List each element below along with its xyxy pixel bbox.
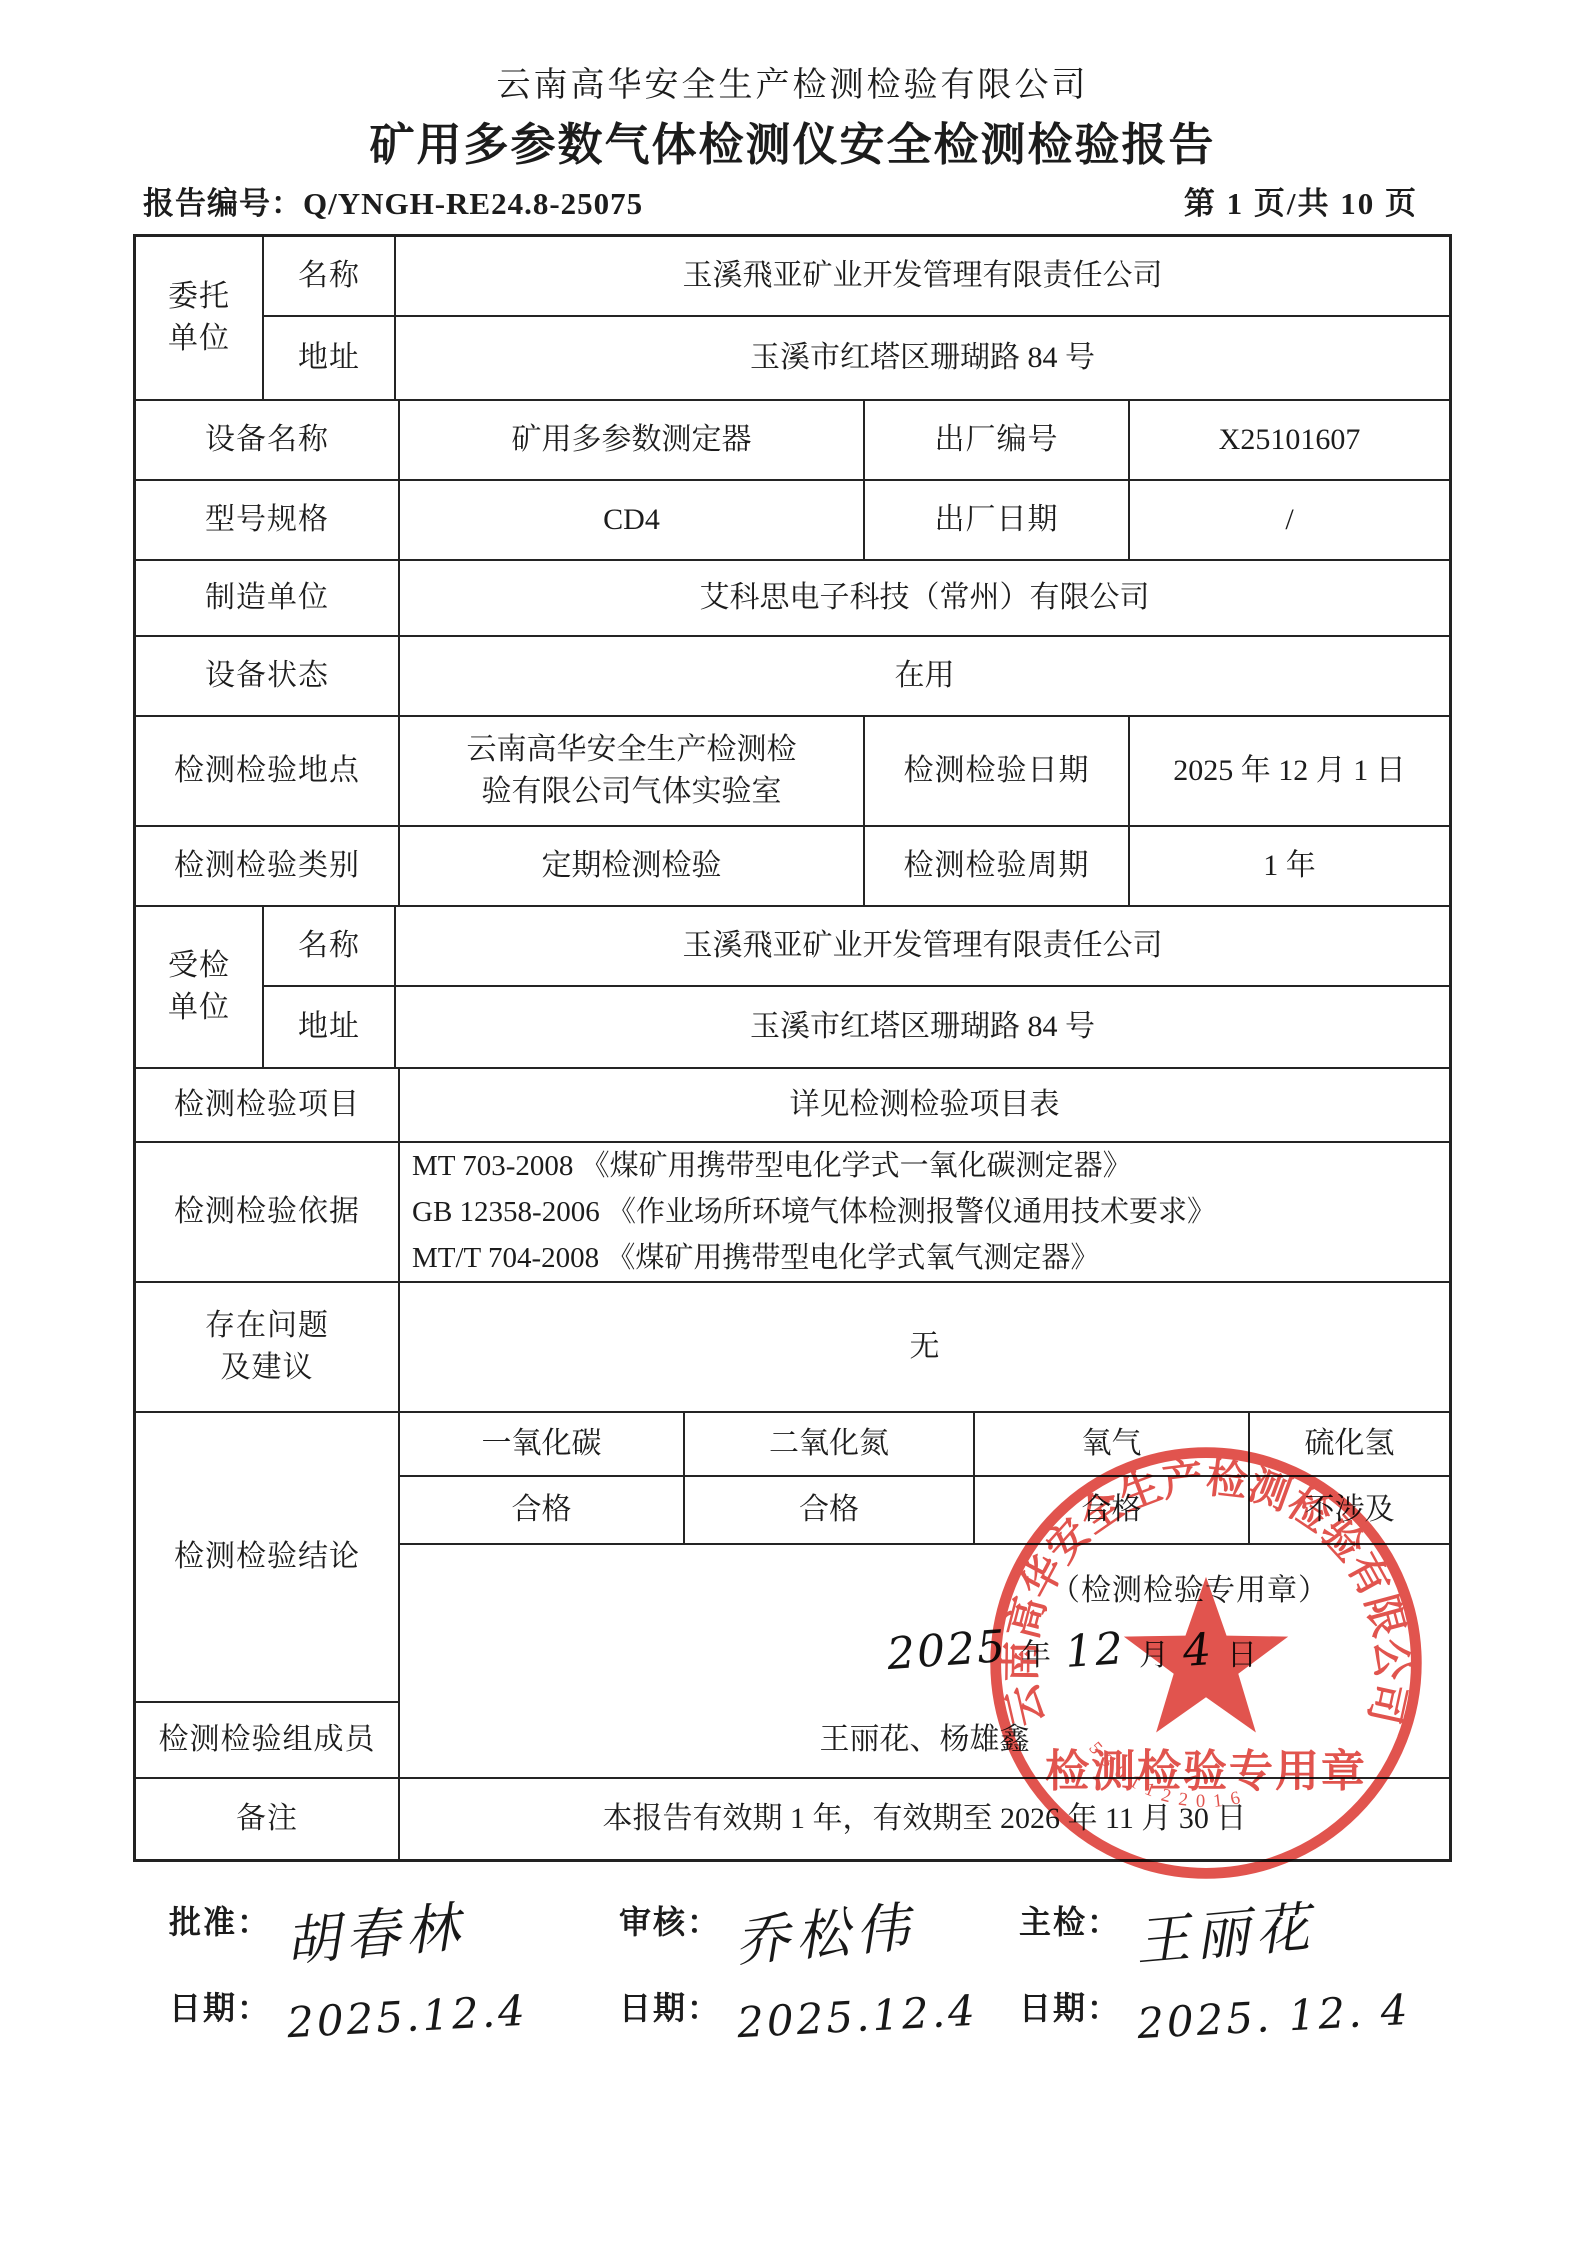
approve-date: 2025.12.4 — [286, 1986, 529, 2048]
report-title: 矿用多参数气体检测仪安全检测检验报告 — [133, 112, 1452, 178]
value-cycle: 1 年 — [1130, 827, 1449, 907]
row-inspected-address: 地址 玉溪市红塔区珊瑚路 84 号 — [264, 987, 1449, 1069]
label-conclusion: 检测检验结论 — [136, 1413, 400, 1703]
row-gas-names: 一氧化碳 二氧化氮 氧气 硫化氢 — [400, 1413, 1449, 1477]
label-status: 设备状态 — [136, 637, 400, 717]
row-conclusion: 检测检验结论 一氧化碳 二氧化氮 氧气 硫化氢 合格 合格 合格 不涉及 — [136, 1413, 1449, 1703]
row-remark: 备注 本报告有效期 1 年，有效期至 2026 年 11 月 30 日 — [136, 1779, 1449, 1859]
row-client: 委托 单位 名称 玉溪飛亚矿业开发管理有限责任公司 地址 玉溪市红塔区珊瑚路 8… — [136, 237, 1449, 401]
seal-date-year: 2025 — [885, 1621, 1008, 1680]
report-header: 云南高华安全生产检测检验有限公司 矿用多参数气体检测仪安全检测检验报告 — [133, 0, 1452, 178]
basis-line-1: MT 703-2008 《煤矿用携带型电化学式一氧化碳测定器》 — [412, 1143, 1132, 1189]
row-category: 检测检验类别 定期检测检验 检测检验周期 1 年 — [136, 827, 1449, 907]
value-factory-serial: X25101607 — [1130, 401, 1449, 481]
value-status: 在用 — [400, 637, 1449, 717]
value-location: 云南高华安全生产检测检 验有限公司气体实验室 — [400, 717, 865, 827]
gas-col-h2s: 硫化氢 — [1250, 1413, 1449, 1477]
label-basis: 检测检验依据 — [136, 1143, 400, 1283]
review-signature: 乔松伟 — [732, 1884, 918, 1976]
row-problems: 存在问题 及建议 无 — [136, 1283, 1449, 1413]
report-table: 委托 单位 名称 玉溪飛亚矿业开发管理有限责任公司 地址 玉溪市红塔区珊瑚路 8… — [133, 234, 1452, 1862]
report-number: 报告编号：Q/YNGH-RE24.8-25075 — [133, 178, 643, 230]
value-manufacturer: 艾科思电子科技（常州）有限公司 — [400, 561, 1449, 637]
row-location: 检测检验地点 云南高华安全生产检测检 验有限公司气体实验室 检测检验日期 202… — [136, 717, 1449, 827]
label-factory-date: 出厂日期 — [865, 481, 1130, 561]
row-model: 型号规格 CD4 出厂日期 / — [136, 481, 1449, 561]
value-basis: MT 703-2008 《煤矿用携带型电化学式一氧化碳测定器》 GB 12358… — [400, 1143, 1449, 1283]
gas-col-co: 一氧化碳 — [400, 1413, 685, 1477]
value-remark: 本报告有效期 1 年，有效期至 2026 年 11 月 30 日 — [400, 1779, 1449, 1859]
row-client-address: 地址 玉溪市红塔区珊瑚路 84 号 — [264, 317, 1449, 401]
row-basis: 检测检验依据 MT 703-2008 《煤矿用携带型电化学式一氧化碳测定器》 G… — [136, 1143, 1449, 1283]
gas-result-o2: 合格 — [975, 1477, 1250, 1545]
row-inspected-name: 名称 玉溪飛亚矿业开发管理有限责任公司 — [264, 907, 1449, 987]
label-inspected-address: 地址 — [264, 987, 396, 1069]
chief-signature: 王丽花 — [1132, 1884, 1318, 1976]
label-problems: 存在问题 及建议 — [136, 1283, 400, 1413]
conclusion-stamp-area: （检测检验专用章） 2025年12月4日 — [400, 1545, 1449, 1703]
row-client-name: 名称 玉溪飛亚矿业开发管理有限责任公司 — [264, 237, 1449, 317]
label-cycle: 检测检验周期 — [865, 827, 1130, 907]
review-label: 审核： — [619, 1892, 721, 1952]
label-inspection-date: 检测检验日期 — [865, 717, 1130, 827]
label-location: 检测检验地点 — [136, 717, 400, 827]
label-factory-serial: 出厂编号 — [865, 401, 1130, 481]
row-manufacturer: 制造单位 艾科思电子科技（常州）有限公司 — [136, 561, 1449, 637]
label-inspected-name: 名称 — [264, 907, 396, 987]
page-indicator: 第 1 页/共 10 页 — [1184, 178, 1452, 230]
value-team: 王丽花、杨雄鑫 — [400, 1703, 1449, 1779]
signoff-block: 批准： 胡春林 日期： 2025.12.4 审核： 乔松伟 日期： 2025.1… — [133, 1892, 1452, 2064]
signoff-review: 审核： 乔松伟 日期： 2025.12.4 — [619, 1892, 1019, 2064]
report-number-value: Q/YNGH-RE24.8-25075 — [303, 186, 643, 221]
company-name: 云南高华安全生产检测检验有限公司 — [133, 60, 1452, 112]
value-client-address: 玉溪市红塔区珊瑚路 84 号 — [396, 317, 1449, 401]
seal-date-day: 4 — [1181, 1624, 1214, 1677]
gas-result-h2s: 不涉及 — [1250, 1477, 1449, 1545]
value-client-name: 玉溪飛亚矿业开发管理有限责任公司 — [396, 237, 1449, 317]
row-items: 检测检验项目 详见检测检验项目表 — [136, 1069, 1449, 1143]
label-client-address: 地址 — [264, 317, 396, 401]
chief-date: 2025. 12. 4 — [1136, 1985, 1412, 2048]
value-inspected-address: 玉溪市红塔区珊瑚路 84 号 — [396, 987, 1449, 1069]
approve-date-label: 日期： — [169, 1978, 271, 2038]
value-category: 定期检测检验 — [400, 827, 865, 907]
value-model: CD4 — [400, 481, 865, 561]
row-gas-results: 合格 合格 合格 不涉及 — [400, 1477, 1449, 1545]
label-team: 检测检验组成员 — [136, 1703, 400, 1779]
signoff-approve: 批准： 胡春林 日期： 2025.12.4 — [169, 1892, 619, 2064]
value-items: 详见检测检验项目表 — [400, 1069, 1449, 1143]
review-date-label: 日期： — [619, 1978, 721, 2038]
basis-line-3: MT/T 704-2008 《煤矿用携带型电化学式氧气测定器》 — [412, 1235, 1099, 1281]
row-status: 设备状态 在用 — [136, 637, 1449, 717]
value-inspected-name: 玉溪飛亚矿业开发管理有限责任公司 — [396, 907, 1449, 987]
row-device: 设备名称 矿用多参数测定器 出厂编号 X25101607 — [136, 401, 1449, 481]
seal-date-day-unit: 日 — [1227, 1639, 1257, 1672]
seal-note: （检测检验专用章） — [400, 1565, 1329, 1609]
label-client-group: 委托 单位 — [136, 237, 264, 401]
chief-label: 主检： — [1019, 1892, 1121, 1952]
seal-date-month-unit: 月 — [1139, 1639, 1169, 1672]
value-factory-date: / — [1130, 481, 1449, 561]
gas-col-no2: 二氧化氮 — [685, 1413, 975, 1477]
seal-date-month: 12 — [1063, 1623, 1126, 1678]
chief-date-label: 日期： — [1019, 1978, 1121, 2038]
row-inspected: 受检 单位 名称 玉溪飛亚矿业开发管理有限责任公司 地址 玉溪市红塔区珊瑚路 8… — [136, 907, 1449, 1069]
value-inspection-date: 2025 年 12 月 1 日 — [1130, 717, 1449, 827]
label-items: 检测检验项目 — [136, 1069, 400, 1143]
signoff-chief: 主检： 王丽花 日期： 2025. 12. 4 — [1019, 1892, 1449, 2064]
approve-signature: 胡春林 — [282, 1884, 468, 1976]
gas-col-o2: 氧气 — [975, 1413, 1250, 1477]
label-model: 型号规格 — [136, 481, 400, 561]
approve-label: 批准： — [169, 1892, 271, 1952]
label-client-name: 名称 — [264, 237, 396, 317]
report-meta-row: 报告编号：Q/YNGH-RE24.8-25075 第 1 页/共 10 页 — [133, 178, 1452, 230]
label-manufacturer: 制造单位 — [136, 561, 400, 637]
value-problems: 无 — [400, 1283, 1449, 1413]
report-page: 云南高华安全生产检测检验有限公司 矿用多参数气体检测仪安全检测检验报告 报告编号… — [0, 0, 1587, 2244]
review-date: 2025.12.4 — [736, 1986, 979, 2048]
label-inspected-group: 受检 单位 — [136, 907, 264, 1069]
seal-date-year-unit: 年 — [1021, 1639, 1051, 1672]
basis-line-2: GB 12358-2006 《作业场所环境气体检测报警仪通用技术要求》 — [412, 1189, 1216, 1235]
label-remark: 备注 — [136, 1779, 400, 1859]
value-device-name: 矿用多参数测定器 — [400, 401, 865, 481]
report-number-label: 报告编号： — [143, 186, 303, 221]
row-team: 检测检验组成员 王丽花、杨雄鑫 — [136, 1703, 1449, 1779]
label-category: 检测检验类别 — [136, 827, 400, 907]
label-device-name: 设备名称 — [136, 401, 400, 481]
seal-date: 2025年12月4日 — [400, 1625, 1329, 1676]
gas-result-co: 合格 — [400, 1477, 685, 1545]
gas-result-no2: 合格 — [685, 1477, 975, 1545]
